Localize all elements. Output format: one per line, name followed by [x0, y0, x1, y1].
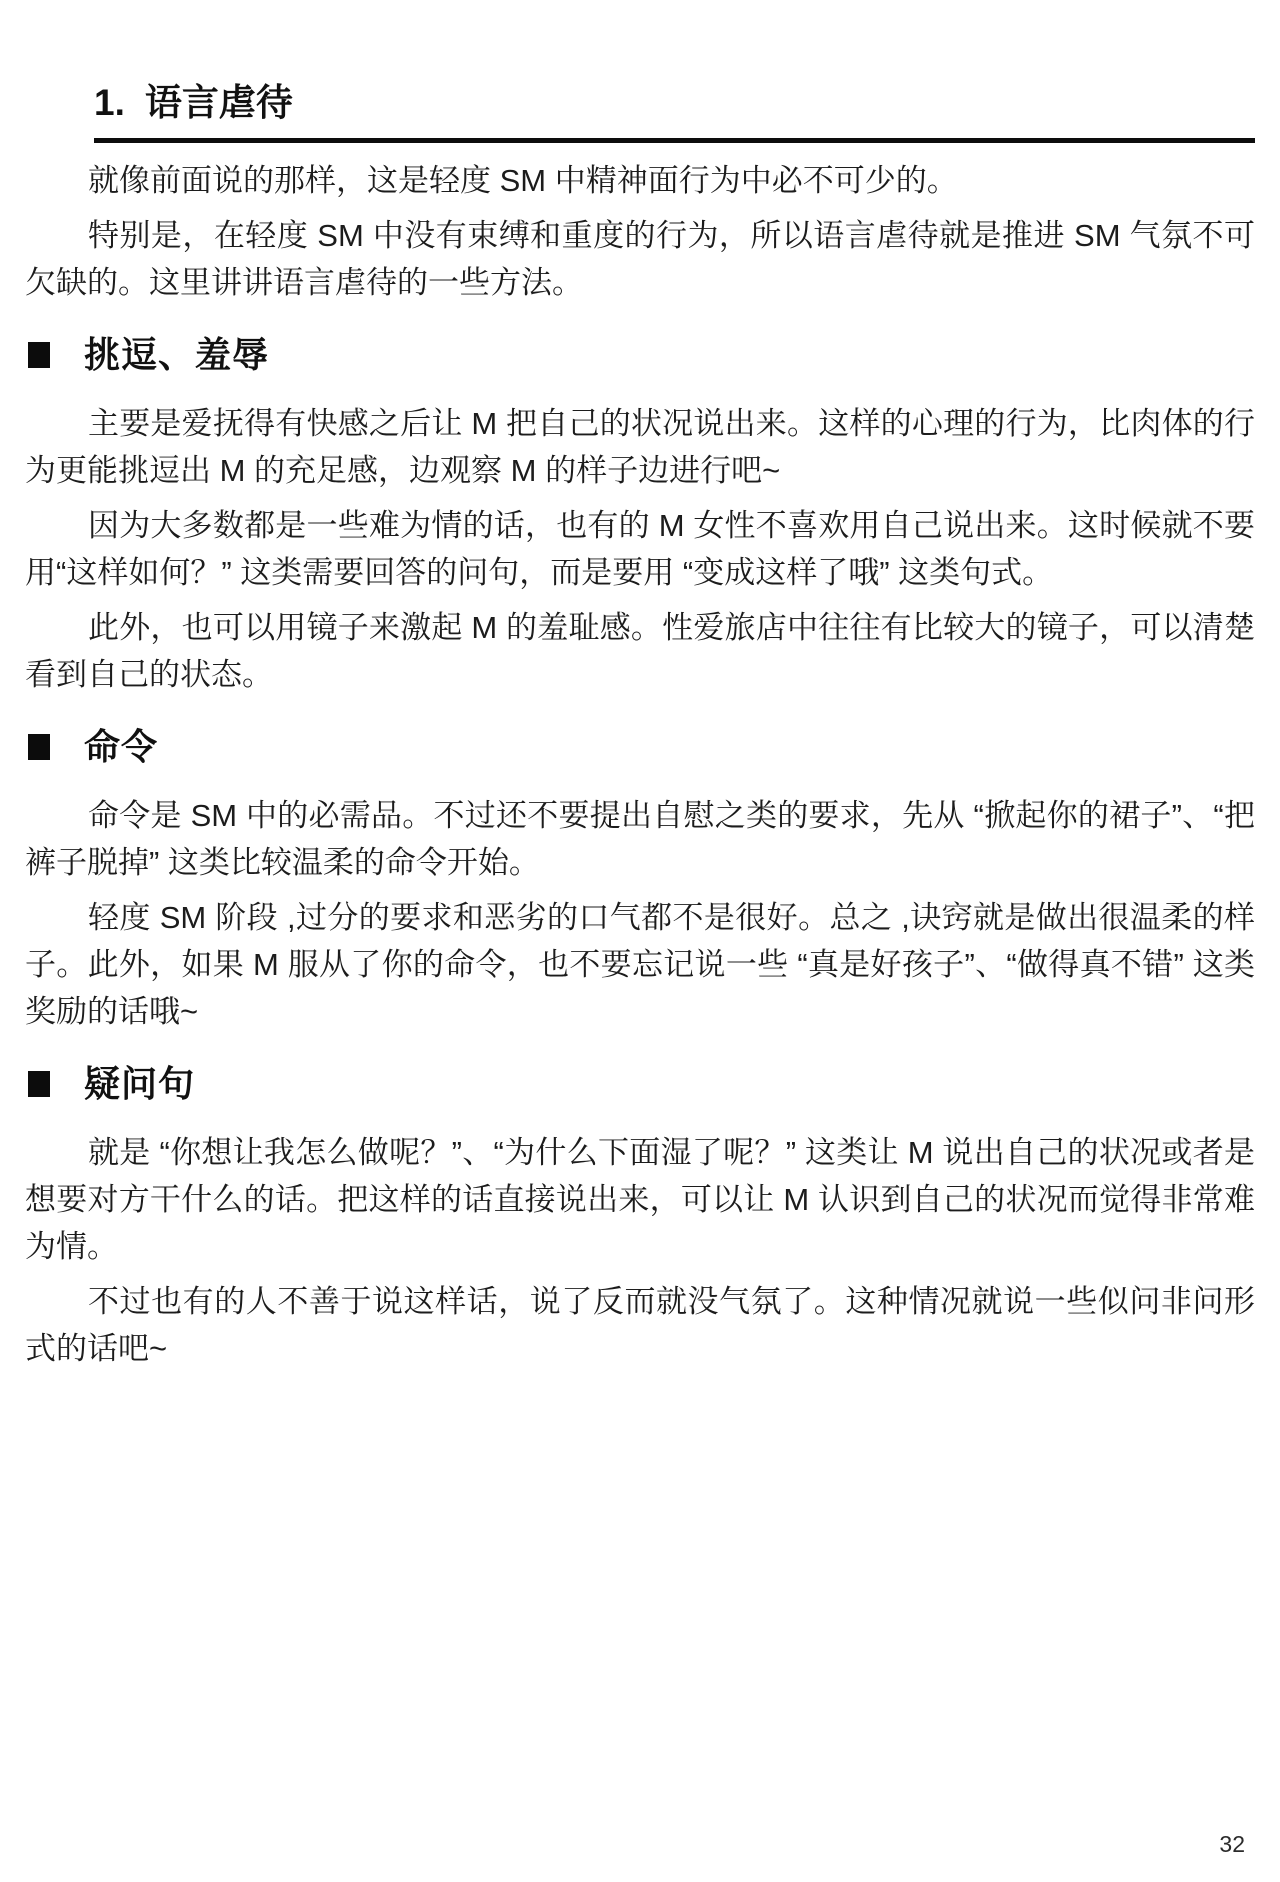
square-bullet-icon	[28, 342, 50, 368]
body-paragraph: 因为大多数都是一些难为情的话，也有的 M 女性不喜欢用自己说出来。这时候就不要用…	[25, 502, 1255, 596]
body-paragraph: 不过也有的人不善于说这样话，说了反而就没气氛了。这种情况就说一些似问非问形式的话…	[25, 1278, 1255, 1372]
chapter-title-block: 1. 语言虐待	[94, 82, 1255, 143]
subsection-heading: 挑逗、羞辱	[28, 336, 1255, 374]
subsection-heading: 疑问句	[28, 1065, 1255, 1103]
document-body: 就像前面说的那样，这是轻度 SM 中精神面行为中必不可少的。 特别是，在轻度 S…	[25, 157, 1255, 1372]
body-paragraph: 此外，也可以用镜子来激起 M 的羞耻感。性爱旅店中往往有比较大的镜子，可以清楚看…	[25, 604, 1255, 698]
body-paragraph: 主要是爱抚得有快感之后让 M 把自己的状况说出来。这样的心理的行为，比肉体的行为…	[25, 400, 1255, 494]
body-paragraph: 轻度 SM 阶段 ,过分的要求和恶劣的口气都不是很好。总之 ,诀窍就是做出很温柔…	[25, 894, 1255, 1035]
document-page: 1. 语言虐待 就像前面说的那样，这是轻度 SM 中精神面行为中必不可少的。 特…	[0, 0, 1280, 1882]
intro-paragraph: 特别是，在轻度 SM 中没有束缚和重度的行为，所以语言虐待就是推进 SM 气氛不…	[25, 212, 1255, 306]
square-bullet-icon	[28, 1071, 50, 1097]
page-title: 语言虐待	[145, 82, 293, 124]
subsection-title: 疑问句	[84, 1065, 195, 1103]
subsection-heading: 命令	[28, 728, 1255, 766]
intro-paragraph: 就像前面说的那样，这是轻度 SM 中精神面行为中必不可少的。	[25, 157, 1255, 204]
page-number: 32	[1219, 1831, 1245, 1858]
subsection-title: 挑逗、羞辱	[84, 336, 269, 374]
square-bullet-icon	[28, 734, 50, 760]
body-paragraph: 命令是 SM 中的必需品。不过还不要提出自慰之类的要求，先从 “掀起你的裙子”、…	[25, 792, 1255, 886]
chapter-title-row: 1. 语言虐待	[94, 82, 1255, 124]
chapter-number: 1.	[94, 82, 125, 124]
subsection-title: 命令	[84, 728, 158, 766]
body-paragraph: 就是 “你想让我怎么做呢？”、“为什么下面湿了呢？” 这类让 M 说出自己的状况…	[25, 1129, 1255, 1270]
